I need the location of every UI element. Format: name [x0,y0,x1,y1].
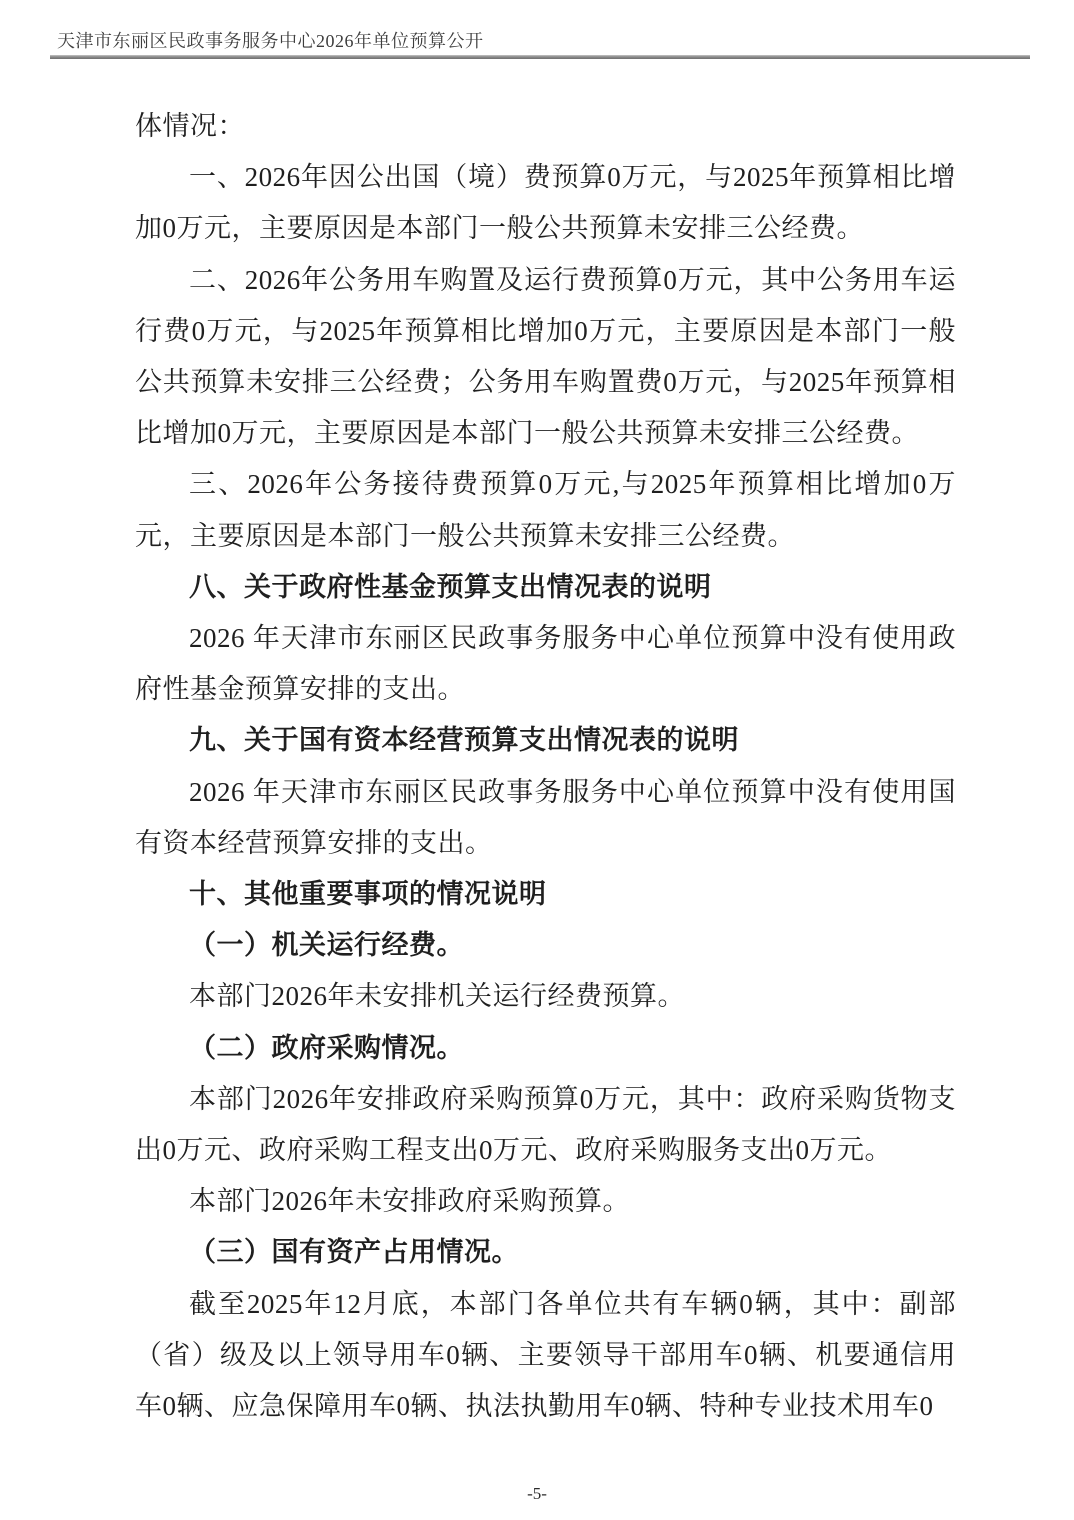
header-title: 天津市东丽区民政事务服务中心2026年单位预算公开 [57,30,484,52]
heading-sub-3-state-assets: （三）国有资产占用情况。 [135,1227,956,1278]
page-number: -5- [527,1484,547,1503]
para-procurement-none: 本部门2026年未安排政府采购预算。 [135,1176,956,1227]
para-official-vehicle-fee: 二、2026年公务用车购置及运行费预算0万元，其中公务用车运行费0万元，与202… [135,255,956,460]
para-continuation: 体情况： [135,101,956,152]
para-gov-fund-budget: 2026 年天津市东丽区民政事务服务中心单位预算中没有使用政府性基金预算安排的支… [135,613,956,715]
heading-sub-2-procurement: （二）政府采购情况。 [135,1023,956,1074]
heading-section-8: 八、关于政府性基金预算支出情况表的说明 [135,562,956,613]
para-reception-fee: 三、2026年公务接待费预算0万元,与2025年预算相比增加0万元，主要原因是本… [135,459,956,561]
para-state-assets-vehicles: 截至2025年12月底，本部门各单位共有车辆0辆，其中：副部（省）级及以上领导用… [135,1279,956,1433]
heading-section-9: 九、关于国有资本经营预算支出情况表的说明 [135,715,956,766]
para-overseas-travel-fee: 一、2026年因公出国（境）费预算0万元，与2025年预算相比增加0万元，主要原… [135,152,956,254]
heading-sub-1-operating-expense: （一）机关运行经费。 [135,920,956,971]
para-operating-expense: 本部门2026年未安排机关运行经费预算。 [135,971,956,1022]
header-rule-divider [50,55,1030,59]
document-page: 天津市东丽区民政事务服务中心2026年单位预算公开 体情况： 一、2026年因公… [0,0,1074,1520]
document-body: 体情况： 一、2026年因公出国（境）费预算0万元，与2025年预算相比增加0万… [135,101,956,1432]
page-footer: -5- [0,1484,1074,1504]
para-state-capital-budget: 2026 年天津市东丽区民政事务服务中心单位预算中没有使用国有资本经营预算安排的… [135,767,956,869]
heading-section-10: 十、其他重要事项的情况说明 [135,869,956,920]
para-procurement-budget: 本部门2026年安排政府采购预算0万元，其中：政府采购货物支出0万元、政府采购工… [135,1074,956,1176]
